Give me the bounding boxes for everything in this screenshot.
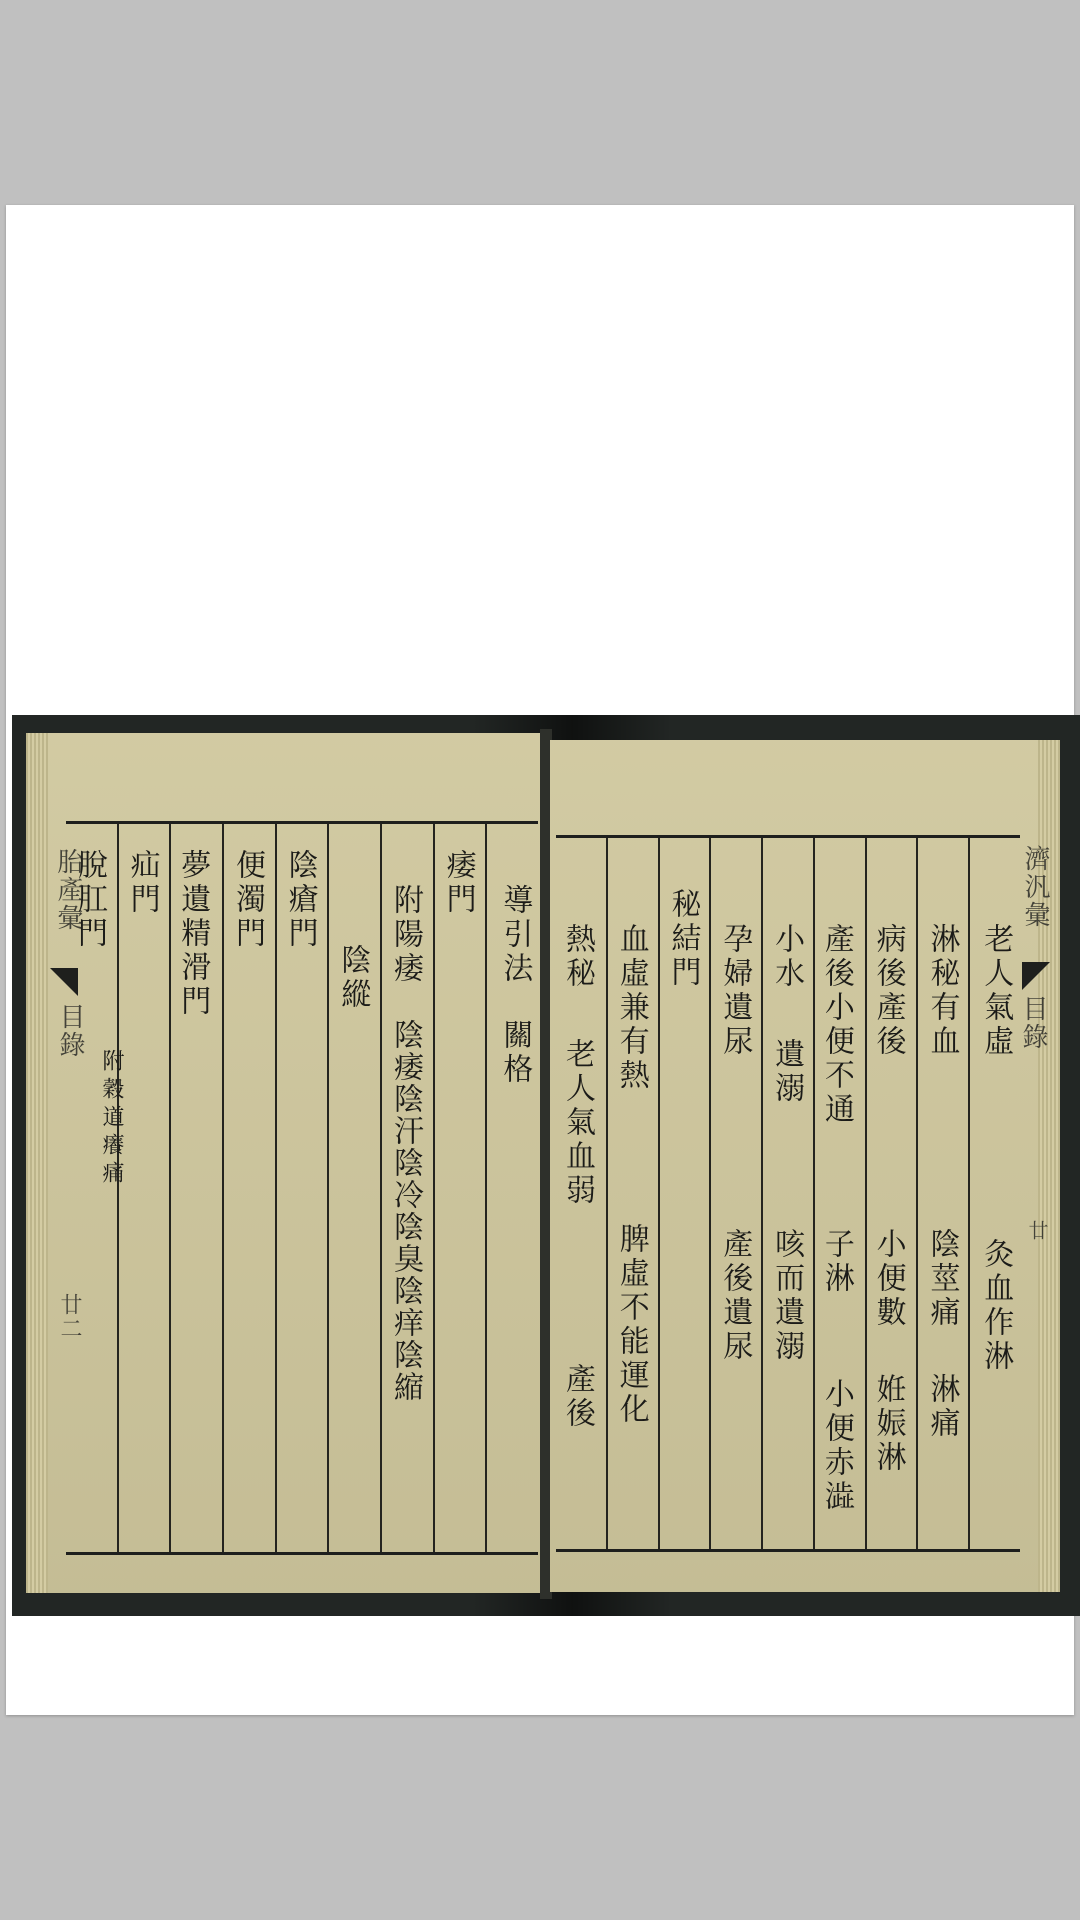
toc-entry: 痿門	[443, 849, 473, 917]
toc-entry: 產後小便不通	[821, 923, 851, 1127]
toc-column: 便濁門	[222, 824, 275, 1552]
toc-entry: 小水	[771, 923, 801, 991]
toc-entry: 病後產後	[873, 923, 903, 1059]
toc-subentry: 產後遺尿	[719, 1228, 749, 1364]
toc-entry: 秘結門	[668, 888, 698, 990]
toc-subentry: 附穀道癢痛	[100, 1049, 122, 1189]
toc-subentry: 咳而遺溺	[771, 1228, 801, 1364]
right-margin-page-number: 廿	[1023, 1220, 1052, 1242]
toc-entry: 附陽痿	[390, 884, 420, 986]
left-page-fore-edge	[26, 733, 48, 1593]
toc-column: 疝門	[117, 824, 170, 1552]
toc-subentry: 姙娠淋	[873, 1373, 903, 1475]
toc-subentry: 小便赤澁	[821, 1378, 851, 1514]
toc-column: 陰瘡門	[275, 824, 328, 1552]
toc-entry: 導引法	[499, 884, 529, 986]
toc-column: 病後產後 小便數 姙娠淋	[865, 838, 917, 1549]
toc-column: 孕婦遺尿 產後遺尿	[709, 838, 761, 1549]
toc-entry: 熱秘	[562, 923, 592, 991]
book-scan-image[interactable]: 胎產彙 目錄 廿二 導引法 關格 痿門 附陽痿 陰痿陰汗陰冷陰臭陰痒陰縮	[12, 715, 1080, 1616]
right-margin-title: 濟汎彙	[1017, 845, 1054, 929]
toc-subentry: 陰縱	[337, 944, 367, 1012]
toc-column: 導引法 關格	[485, 824, 538, 1552]
toc-subentry: 小便數	[873, 1228, 903, 1330]
right-page-frame: 老人氣虛 灸血作淋 淋秘有血 陰莖痛 淋痛 病後產後 小便數 姙娠淋 產後小	[556, 835, 1020, 1552]
toc-subentry: 子淋	[821, 1228, 851, 1296]
toc-column: 秘結門	[658, 838, 710, 1549]
toc-column: 血虛兼有熱 脾虛不能運化	[606, 838, 658, 1549]
toc-subentry: 產後	[562, 1363, 592, 1431]
toc-entry: 夢遺精滑門	[177, 849, 207, 1019]
toc-subentry: 老人氣血弱	[562, 1038, 592, 1208]
toc-column: 陰縱	[327, 824, 380, 1552]
right-margin-section: 目錄	[1015, 995, 1052, 1051]
right-page-columns: 老人氣虛 灸血作淋 淋秘有血 陰莖痛 淋痛 病後產後 小便數 姙娠淋 產後小	[556, 838, 1020, 1549]
toc-entry: 陰瘡門	[285, 849, 315, 951]
toc-column: 小水 遺溺 咳而遺溺	[761, 838, 813, 1549]
toc-subentry: 陰莖痛	[926, 1228, 956, 1330]
toc-subentry: 關格	[499, 1019, 529, 1087]
left-page-frame: 導引法 關格 痿門 附陽痿 陰痿陰汗陰冷陰臭陰痒陰縮 陰縱 陰瘡門	[66, 821, 538, 1555]
left-page: 胎產彙 目錄 廿二 導引法 關格 痿門 附陽痿 陰痿陰汗陰冷陰臭陰痒陰縮	[26, 733, 546, 1593]
toc-entry: 淋秘有血	[926, 923, 956, 1059]
toc-entry: 脫肛門	[74, 849, 104, 951]
toc-subentry: 陰痿陰汗陰冷陰臭陰痒陰縮	[390, 1019, 420, 1403]
right-page: 濟汎彙 目錄 廿 老人氣虛 灸血作淋 淋秘有血 陰莖痛 淋痛 病後產後	[550, 740, 1060, 1592]
fishtail-mark-icon	[1022, 962, 1050, 990]
toc-entry: 便濁門	[232, 849, 262, 951]
toc-subentry: 淋痛	[926, 1373, 956, 1441]
toc-subentry: 灸血作淋	[980, 1238, 1010, 1374]
viewer-card: 胎產彙 目錄 廿二 導引法 關格 痿門 附陽痿 陰痿陰汗陰冷陰臭陰痒陰縮	[6, 205, 1074, 1715]
toc-entry: 老人氣虛	[980, 923, 1010, 1059]
toc-column: 夢遺精滑門	[169, 824, 222, 1552]
toc-entry: 血虛兼有熱	[616, 923, 646, 1093]
toc-entry: 孕婦遺尿	[719, 923, 749, 1059]
toc-column: 痿門	[433, 824, 486, 1552]
toc-column: 附陽痿 陰痿陰汗陰冷陰臭陰痒陰縮	[380, 824, 433, 1552]
toc-column: 脫肛門 附穀道癢痛	[66, 824, 117, 1552]
toc-column: 淋秘有血 陰莖痛 淋痛	[916, 838, 968, 1549]
toc-column: 熱秘 老人氣血弱 產後	[556, 838, 606, 1549]
toc-subentry: 脾虛不能運化	[616, 1223, 646, 1427]
toc-entry: 疝門	[127, 849, 157, 917]
toc-column: 老人氣虛 灸血作淋	[968, 838, 1020, 1549]
toc-column: 產後小便不通 子淋 小便赤澁	[813, 838, 865, 1549]
left-page-columns: 導引法 關格 痿門 附陽痿 陰痿陰汗陰冷陰臭陰痒陰縮 陰縱 陰瘡門	[66, 824, 538, 1552]
toc-subentry: 遺溺	[771, 1038, 801, 1106]
